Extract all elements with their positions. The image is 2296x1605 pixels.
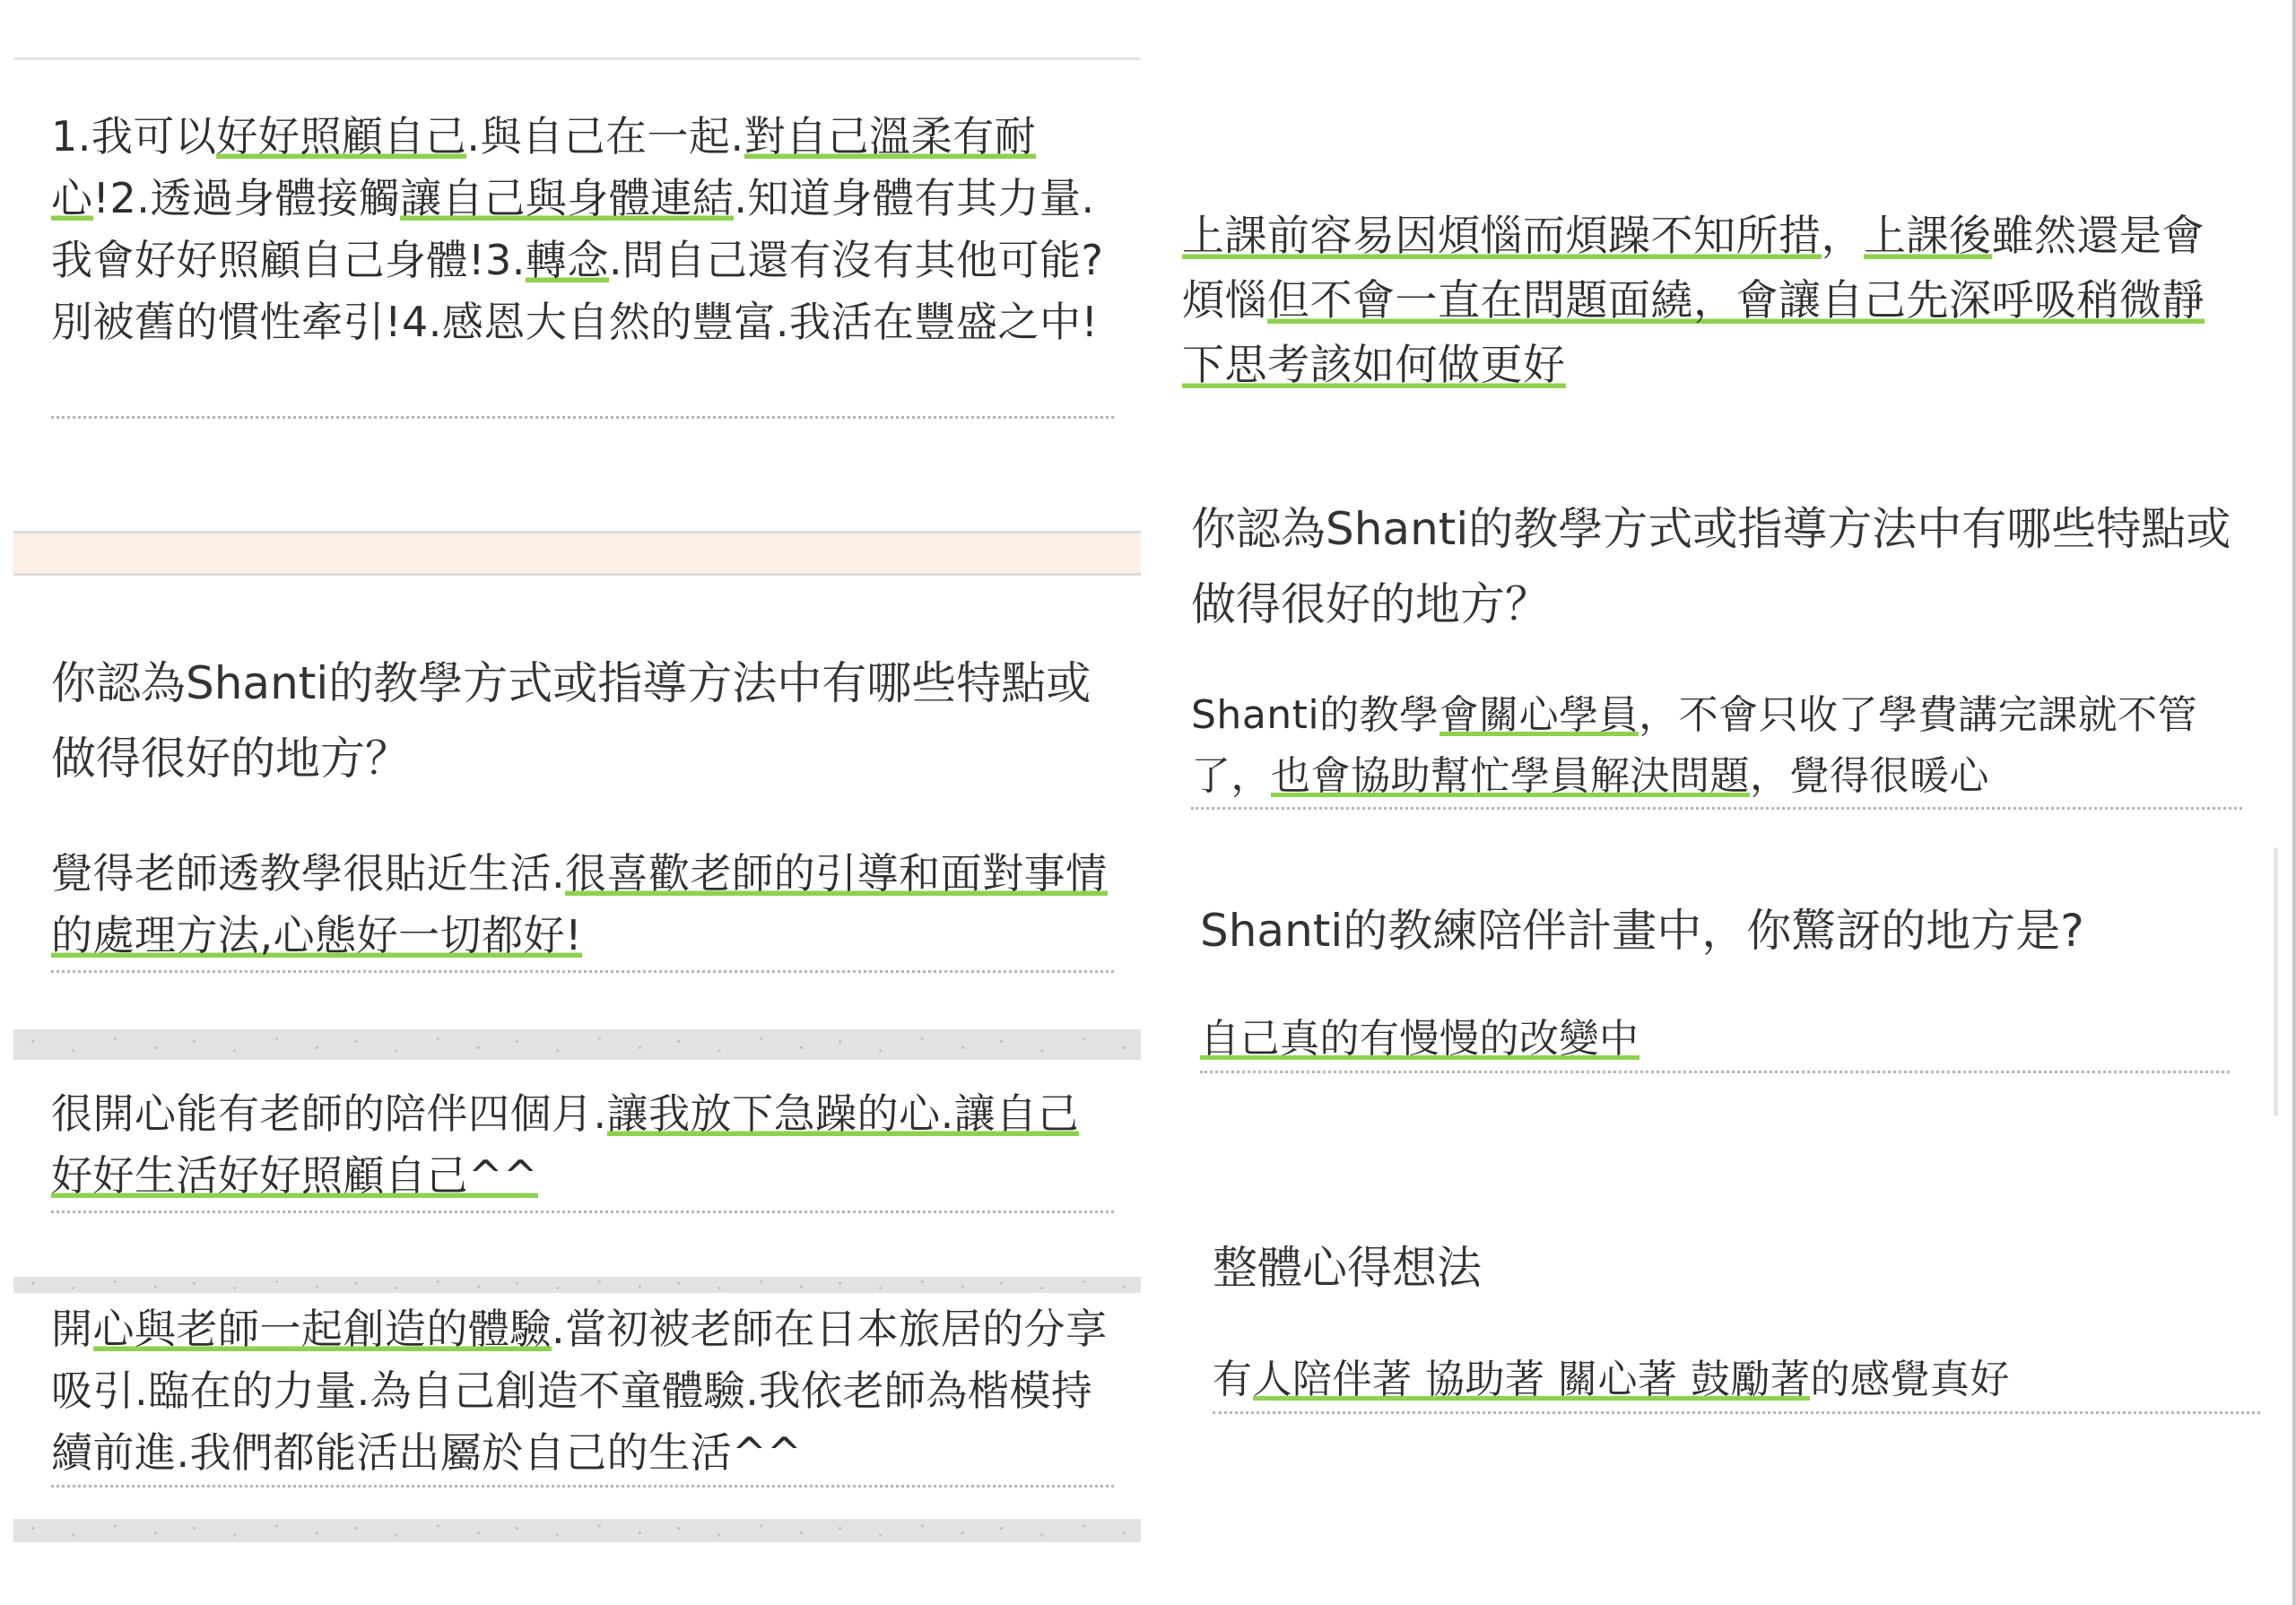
reflection-text: 1.我可以好好照顧自己.與自己在一起.對自己溫柔有耐心!2.透過身體接觸讓自己與… xyxy=(51,106,1114,353)
text-segment: 有 xyxy=(1213,1357,1253,1402)
question-heading: 你認為Shanti的教學方式或指導方法中有哪些特點或做得很好的地方？ xyxy=(51,646,1114,796)
reflection-text: 很開心能有老師的陪伴四個月.讓我放下急躁的心.讓自己好好生活好好照顧自己^^ xyxy=(51,1083,1114,1207)
question-surprise: Shanti的教練陪伴計畫中，你驚訝的地方是? xyxy=(1200,893,2242,968)
text-segment: ，覺得很暖心 xyxy=(1750,753,1989,799)
question-heading: 整體心得想法 xyxy=(1213,1230,2242,1306)
reflection-block-3: 很開心能有老師的陪伴四個月.讓我放下急躁的心.讓自己好好生活好好照顧自己^^ xyxy=(51,1083,1114,1207)
reflection-text: 開心與老師一起創造的體驗.當初被老師在日本旅居的分享吸引.臨在的力量.為自己創造… xyxy=(51,1298,1114,1484)
highlighted-text: 但不會一直在問題面繞，會讓自己先深呼吸稍微靜下思考該如何做更好 xyxy=(1182,276,2205,390)
textured-band xyxy=(13,1519,1141,1542)
answer-overall: 有人陪伴著 協助著 關心著 鼓勵著的感覺真好 xyxy=(1213,1350,2242,1410)
text-segment: ， xyxy=(1822,212,1865,261)
highlighted-text: 也會協助幫忙學員解決問題 xyxy=(1271,753,1750,799)
answer-text: 自己真的有慢慢的改變中 xyxy=(1200,1010,2242,1069)
answer-teaching-method-right: Shanti的教學會關心學員，不會只收了學費講完課就不管了，也會協助幫忙學員解決… xyxy=(1191,685,2242,807)
dotted-rule xyxy=(51,1485,1114,1488)
highlighted-text: 很喜歡老師的引導和面對 xyxy=(565,849,1024,898)
highlighted-text: 上課後 xyxy=(1864,212,1992,261)
answer-text: 有人陪伴著 協助著 關心著 鼓勵著的感覺真好 xyxy=(1213,1350,2242,1410)
answer-text: Shanti的教學會關心學員，不會只收了學費講完課就不管了，也會協助幫忙學員解決… xyxy=(1191,685,2242,807)
text-segment: .與自己在一起. xyxy=(466,112,744,160)
highlighted-text: 心與老師一起創造的體驗 xyxy=(93,1305,552,1353)
text-segment: 1.我可以 xyxy=(51,112,216,160)
question-heading: Shanti的教練陪伴計畫中，你驚訝的地方是? xyxy=(1200,893,2242,968)
right-column: 上課前容易因煩惱而煩躁不知所措，上課後雖然還是會煩惱但不會一直在問題面繞，會讓自… xyxy=(1166,0,2269,1605)
dotted-rule xyxy=(51,970,1114,973)
dotted-rule xyxy=(1213,1411,2260,1414)
textured-band xyxy=(13,1029,1141,1060)
right-edge-border xyxy=(2292,0,2296,1605)
highlighted-text: 上課前容易因煩惱而煩躁不知所措 xyxy=(1182,212,1822,261)
text-segment: Shanti的教學 xyxy=(1191,692,1439,738)
text-segment: 很開心能有老師的陪伴四個月. xyxy=(51,1089,607,1138)
text-segment: !2.透過身體接觸 xyxy=(93,174,401,222)
dotted-rule xyxy=(1191,807,2242,810)
highlighted-text: 轉念 xyxy=(526,236,609,284)
highlighted-text: 讓自己與身體連結 xyxy=(400,174,734,222)
answer-teaching-method: 覺得老師透教學很貼近生活.很喜歡老師的引導和面對事情的處理方法,心態好一切都好! xyxy=(51,843,1114,967)
dotted-rule xyxy=(51,1210,1114,1213)
reflection-block-4: 開心與老師一起創造的體驗.當初被老師在日本旅居的分享吸引.臨在的力量.為自己創造… xyxy=(51,1298,1114,1484)
text-segment: 的感覺真好 xyxy=(1810,1357,2010,1402)
reflection-block-1: 1.我可以好好照顧自己.與自己在一起.對自己溫柔有耐心!2.透過身體接觸讓自己與… xyxy=(51,106,1114,353)
question-teaching-method: 你認為Shanti的教學方式或指導方法中有哪些特點或做得很好的地方？ xyxy=(51,646,1114,796)
scrollbar-thumb[interactable] xyxy=(2274,847,2278,1116)
highlighted-text: 好好照顧自己 xyxy=(216,112,466,160)
question-overall: 整體心得想法 xyxy=(1213,1230,2242,1306)
text-segment: 覺得老師透教學很貼近生活. xyxy=(51,849,565,898)
textured-band xyxy=(13,1277,1141,1293)
reflection-block-right: 上課前容易因煩惱而煩躁不知所措，上課後雖然還是會煩惱但不會一直在問題面繞，會讓自… xyxy=(1182,204,2242,398)
top-divider xyxy=(13,57,1141,60)
text-segment: 開 xyxy=(51,1305,93,1353)
answer-text: 覺得老師透教學很貼近生活.很喜歡老師的引導和面對事情的處理方法,心態好一切都好! xyxy=(51,843,1114,967)
dotted-rule xyxy=(1200,1071,2230,1073)
reflection-text: 上課前容易因煩惱而煩躁不知所措，上課後雖然還是會煩惱但不會一直在問題面繞，會讓自… xyxy=(1182,204,2242,398)
highlighted-text: 會關心學員 xyxy=(1439,692,1639,738)
highlighted-text: 人陪伴著 協助著 關心著 鼓勵著 xyxy=(1253,1357,1811,1402)
left-column: 1.我可以好好照顧自己.與自己在一起.對自己溫柔有耐心!2.透過身體接觸讓自己與… xyxy=(13,0,1141,1605)
dotted-rule xyxy=(51,416,1114,419)
answer-surprise: 自己真的有慢慢的改變中 xyxy=(1200,1010,2242,1069)
question-heading: 你認為Shanti的教學方式或指導方法中有哪些特點或做得很好的地方？ xyxy=(1191,491,2242,642)
section-band xyxy=(13,531,1141,576)
question-teaching-method-right: 你認為Shanti的教學方式或指導方法中有哪些特點或做得很好的地方？ xyxy=(1191,491,2242,642)
highlighted-text: 自己真的有慢慢的改變中 xyxy=(1200,1016,1639,1062)
